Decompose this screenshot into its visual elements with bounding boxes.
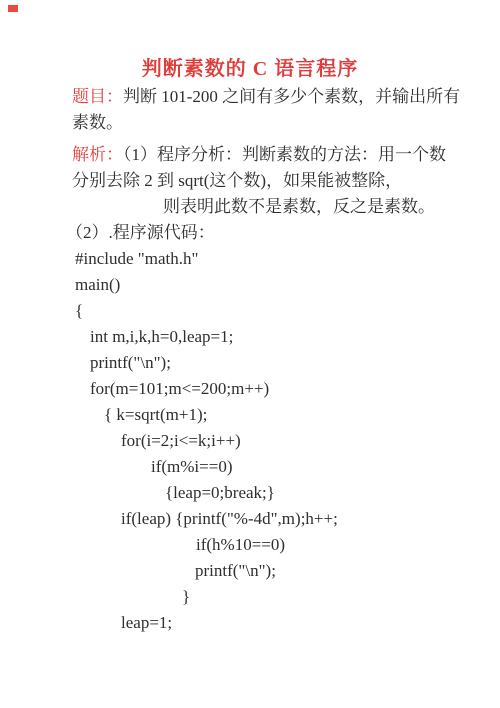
code-line: {: [75, 300, 83, 321]
question-text: 判断 101-200 之间有多少个素数，并输出所有: [123, 87, 460, 106]
analysis-continuation-1: 分别去除 2 到 sqrt(这个数)，如果能被整除，: [72, 170, 402, 191]
code-line: {leap=0;break;}: [165, 482, 275, 503]
code-line: if(h%10==0): [196, 534, 285, 555]
question-paragraph: 题目：判断 101-200 之间有多少个素数，并输出所有: [72, 86, 460, 107]
corner-red-mark: [8, 5, 18, 12]
page-title: 判断素数的 C 语言程序: [0, 57, 500, 81]
code-line: if(leap) {printf("%-4d",m);h++;: [121, 508, 338, 529]
code-line: #include "math.h": [75, 248, 198, 269]
analysis-label: 解析：: [72, 145, 123, 164]
code-line: printf("\n");: [90, 352, 171, 373]
code-line: int m,i,k,h=0,leap=1;: [90, 326, 233, 347]
code-line: for(i=2;i<=k;i++): [121, 430, 241, 451]
document-page: 判断素数的 C 语言程序 题目：判断 101-200 之间有多少个素数，并输出所…: [0, 0, 500, 708]
analysis-continuation-2: 则表明此数不是素数，反之是素数。: [163, 196, 435, 217]
code-line: if(m%i==0): [151, 456, 233, 477]
question-label: 题目：: [72, 87, 123, 106]
code-line: printf("\n");: [195, 560, 276, 581]
code-line: main(): [75, 274, 120, 295]
code-line: }: [182, 586, 190, 607]
code-line: { k=sqrt(m+1);: [104, 404, 207, 425]
analysis-paragraph: 解析：（1）程序分析：判断素数的方法：用一个数: [72, 144, 446, 165]
analysis-text: （1）程序分析：判断素数的方法：用一个数: [123, 145, 446, 164]
code-line: for(m=101;m<=200;m++): [90, 378, 269, 399]
question-continuation: 素数。: [72, 112, 123, 133]
code-line: leap=1;: [121, 612, 172, 633]
source-code-heading: （2）.程序源代码：: [66, 222, 215, 243]
